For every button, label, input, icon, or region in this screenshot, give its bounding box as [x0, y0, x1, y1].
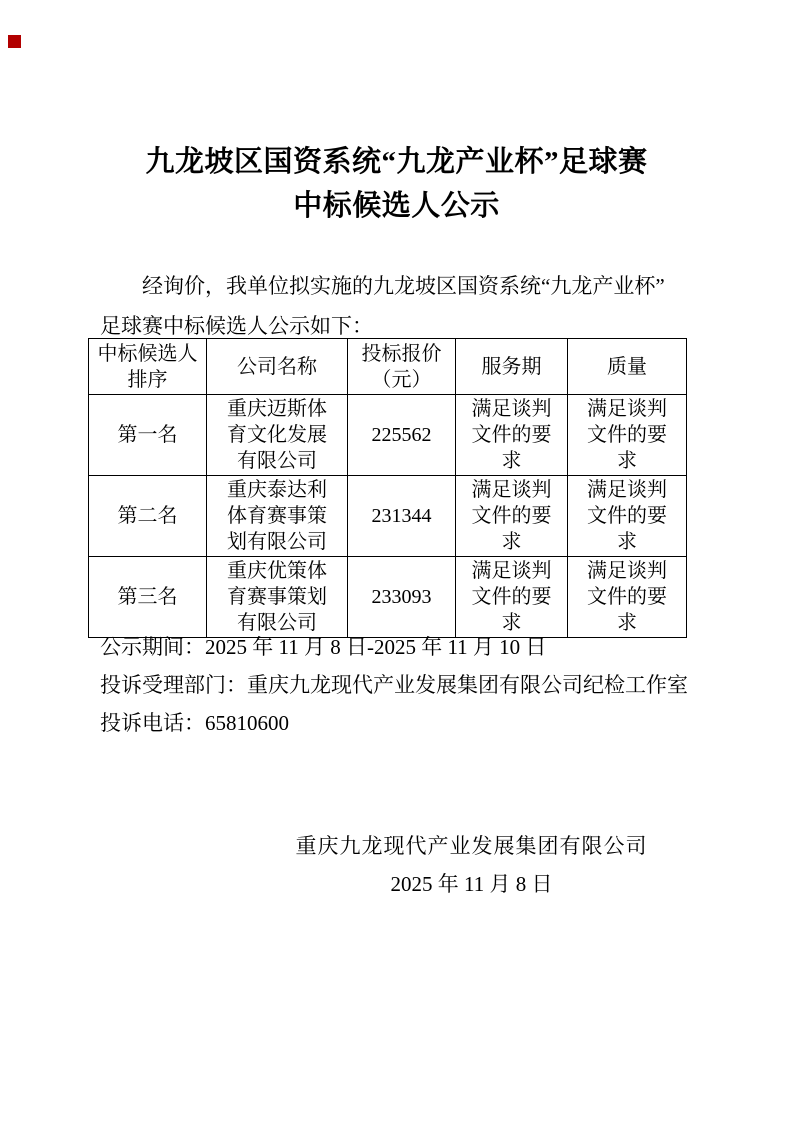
service-period-cell: 满足谈判 文件的要 求 [456, 476, 568, 557]
service-period-cell: 满足谈判 文件的要 求 [456, 557, 568, 638]
company-cell: 重庆泰达利 体育赛事策 划有限公司 [207, 476, 348, 557]
document-page: 九龙坡区国资系统“九龙产业杯”足球赛 中标候选人公示 经询价，我单位拟实施的九龙… [0, 0, 793, 1122]
document-title: 九龙坡区国资系统“九龙产业杯”足球赛 中标候选人公示 [0, 140, 793, 228]
company-cell: 重庆优策体 育赛事策划 有限公司 [207, 557, 348, 638]
rank-cell: 第二名 [89, 476, 207, 557]
bid-candidates-table: 中标候选人 排序 公司名称 投标报价 （元） 服务期 质量 第一名 重庆迈斯体 … [88, 338, 687, 638]
company-cell: 重庆迈斯体 育文化发展 有限公司 [207, 395, 348, 476]
header-quality: 质量 [568, 339, 687, 395]
service-period-cell: 满足谈判 文件的要 求 [456, 395, 568, 476]
header-bid-price: 投标报价 （元） [348, 339, 456, 395]
table-header-row: 中标候选人 排序 公司名称 投标报价 （元） 服务期 质量 [89, 339, 687, 395]
table-row: 第一名 重庆迈斯体 育文化发展 有限公司 225562 满足谈判 文件的要 求 … [89, 395, 687, 476]
table-row: 第二名 重庆泰达利 体育赛事策 划有限公司 231344 满足谈判 文件的要 求… [89, 476, 687, 557]
bid-price-cell: 233093 [348, 557, 456, 638]
rank-cell: 第一名 [89, 395, 207, 476]
signature-block: 重庆九龙现代产业发展集团有限公司 2025 年 11 月 8 日 [150, 833, 793, 897]
complaint-department: 投诉受理部门：重庆九龙现代产业发展集团有限公司纪检工作室 [100, 672, 740, 698]
document-title-line2: 中标候选人公示 [0, 184, 793, 228]
notice-section: 公示期间：2025 年 11 月 8 日-2025 年 11 月 10 日 投诉… [100, 634, 740, 748]
complaint-phone: 投诉电话：65810600 [100, 710, 740, 736]
table-header: 中标候选人 排序 公司名称 投标报价 （元） 服务期 质量 [89, 339, 687, 395]
bid-price-cell: 225562 [348, 395, 456, 476]
table-body: 第一名 重庆迈斯体 育文化发展 有限公司 225562 满足谈判 文件的要 求 … [89, 395, 687, 638]
signature-date: 2025 年 11 月 8 日 [150, 871, 793, 897]
quality-cell: 满足谈判 文件的要 求 [568, 395, 687, 476]
intro-paragraph: 经询价，我单位拟实施的九龙坡区国资系统“九龙产业杯” 足球赛中标候选人公示如下： [100, 266, 710, 346]
bid-price-cell: 231344 [348, 476, 456, 557]
red-square-marker [8, 35, 21, 48]
publicity-period: 公示期间：2025 年 11 月 8 日-2025 年 11 月 10 日 [100, 634, 740, 660]
rank-cell: 第三名 [89, 557, 207, 638]
quality-cell: 满足谈判 文件的要 求 [568, 476, 687, 557]
header-company: 公司名称 [207, 339, 348, 395]
header-service-period: 服务期 [456, 339, 568, 395]
table-row: 第三名 重庆优策体 育赛事策划 有限公司 233093 满足谈判 文件的要 求 … [89, 557, 687, 638]
intro-line1: 经询价，我单位拟实施的九龙坡区国资系统“九龙产业杯” [100, 266, 710, 306]
header-rank: 中标候选人 排序 [89, 339, 207, 395]
signature-organization: 重庆九龙现代产业发展集团有限公司 [150, 833, 793, 859]
quality-cell: 满足谈判 文件的要 求 [568, 557, 687, 638]
document-title-line1: 九龙坡区国资系统“九龙产业杯”足球赛 [0, 140, 793, 184]
